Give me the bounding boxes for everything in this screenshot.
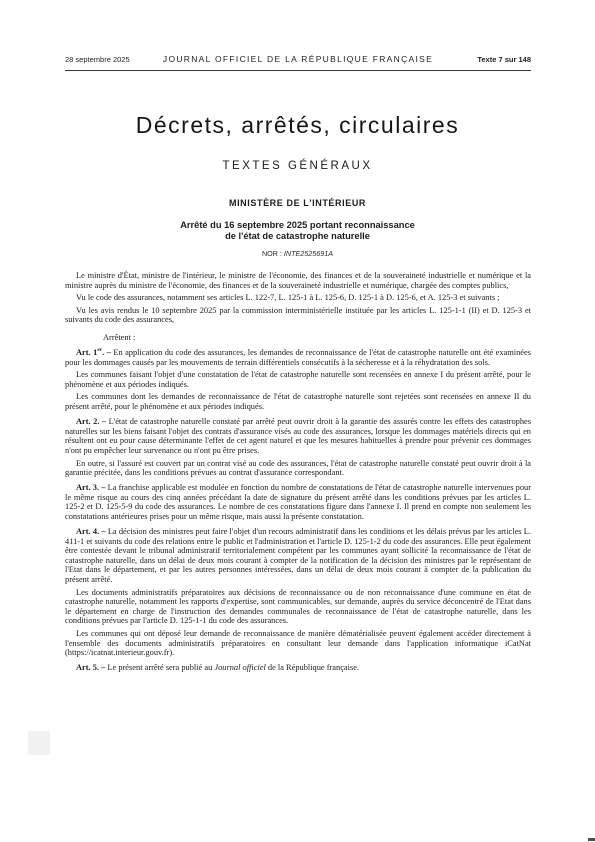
act-title-line2: de l'état de catastrophe naturelle (0, 231, 595, 242)
article-1-para-3: Les communes dont les demandes de reconn… (65, 392, 531, 411)
section-title: Décrets, arrêtés, circulaires (0, 112, 595, 139)
article-3: Art. 3. – La franchise applicable est mo… (65, 483, 531, 521)
visa-avis-commission: Vu les avis rendus le 10 septembre 2025 … (65, 306, 531, 325)
nor-code: INTE2525691A (284, 249, 333, 258)
act-body: Le ministre d'État, ministre de l'intéri… (65, 268, 531, 673)
texte-reference: Texte 7 sur 148 (433, 55, 531, 64)
article-2-para-2: En outre, si l'assuré est couvert par un… (65, 459, 531, 478)
ministry-heading: MINISTÈRE DE L'INTÉRIEUR (0, 198, 595, 208)
section-subtitle: TEXTES GÉNÉRAUX (0, 160, 595, 172)
article-2: Art. 2. – L'état de catastrophe naturell… (65, 417, 531, 455)
publication-date: 28 septembre 2025 (65, 55, 163, 64)
article-5: Art. 5. – Le présent arrêté sera publié … (65, 663, 531, 673)
act-title: Arrêté du 16 septembre 2025 portant reco… (0, 220, 595, 242)
article-4-para-3: Les communes qui ont déposé leur demande… (65, 629, 531, 658)
scan-artifact-corner (588, 838, 595, 841)
arretent-formula: Arrêtent : (103, 333, 531, 343)
journal-title: JOURNAL OFFICIEL DE LA RÉPUBLIQUE FRANÇA… (163, 54, 433, 64)
visa-code-assurances: Vu le code des assurances, notamment ses… (65, 293, 531, 303)
header-divider (65, 70, 531, 71)
nor-line: NOR : INTE2525691A (0, 249, 595, 258)
preamble-ministers: Le ministre d'État, ministre de l'intéri… (65, 271, 531, 290)
article-4-para-2: Les documents administratifs préparatoir… (65, 588, 531, 626)
scan-artifact-smudge (28, 731, 50, 755)
act-title-line1: Arrêté du 16 septembre 2025 portant reco… (0, 220, 595, 231)
running-header: 28 septembre 2025 JOURNAL OFFICIEL DE LA… (65, 54, 531, 64)
journal-page: 28 septembre 2025 JOURNAL OFFICIEL DE LA… (0, 0, 595, 842)
nor-label: NOR : (262, 249, 284, 258)
article-1-para-2: Les communes faisant l'objet d'une const… (65, 370, 531, 389)
article-4: Art. 4. – La décision des ministres peut… (65, 527, 531, 585)
article-1: Art. 1er. – En application du code des a… (65, 348, 531, 367)
